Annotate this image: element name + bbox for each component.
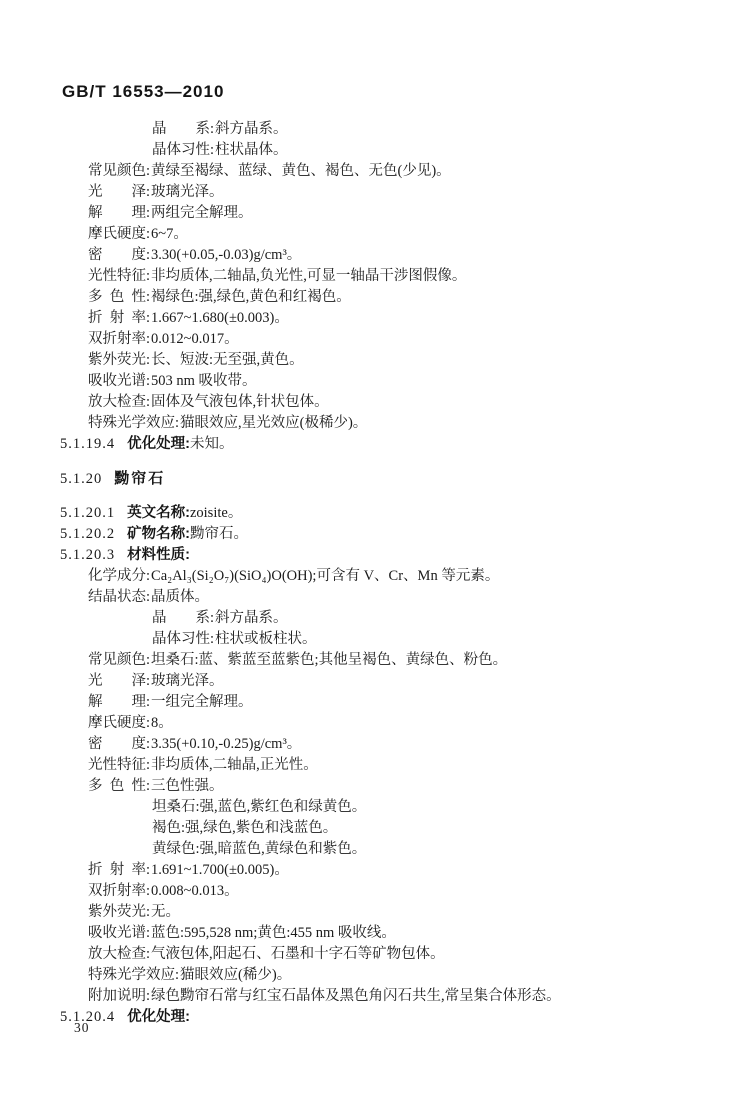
property-label: 光泽 [88, 671, 146, 692]
property-value: 非均质体,二轴晶,负光性,可显一轴晶干涉图假像。 [151, 268, 466, 284]
property-line: 化学成分:Ca₂Al₃(Si₂O₇)(SiO₄)O(OH);可含有 V、Cr、M… [0, 566, 750, 587]
pleochroism-text: 坦桑石:强,蓝色,紫红色和绿黄色。 [152, 799, 366, 815]
property-line: 光性特征:非均质体,二轴晶,负光性,可显一轴晶干涉图假像。 [0, 266, 750, 287]
property-label: 摩氏硬度 [88, 224, 146, 245]
section-title: 矿物名称: [127, 526, 190, 542]
property-line: 摩氏硬度:8。 [0, 713, 750, 734]
property-line: 晶系:斜方晶系。 [0, 119, 750, 140]
property-label: 结晶状态 [88, 587, 146, 608]
pleochroism-text: 褐色:强,绿色,紫色和浅蓝色。 [152, 820, 337, 836]
property-value: 褐绿色:强,绿色,黄色和红褐色。 [151, 289, 351, 305]
document-page: GB/T 16553—2010 晶系:斜方晶系。晶体习性:柱状晶体。常见颜色:黄… [0, 0, 750, 1095]
property-value: 三色性强。 [151, 778, 224, 794]
property-value: 非均质体,二轴晶,正光性。 [151, 757, 318, 773]
property-label: 化学成分 [88, 566, 146, 587]
property-value: 503 nm 吸收带。 [151, 373, 257, 389]
property-value: 柱状晶体。 [215, 142, 288, 158]
property-label: 紫外荧光 [88, 350, 146, 371]
property-line: 解理:两组完全解理。 [0, 203, 750, 224]
property-label: 常见颜色 [88, 161, 146, 182]
property-label: 密度 [88, 245, 146, 266]
property-label: 晶系 [152, 119, 210, 140]
property-label: 附加说明 [88, 986, 146, 1007]
section-title: 优化处理: [127, 436, 190, 452]
property-line: 特殊光学效应:猫眼效应,星光效应(极稀少)。 [0, 413, 750, 434]
property-value: Ca₂Al₃(Si₂O₇)(SiO₄)O(OH);可含有 V、Cr、Mn 等元素… [151, 568, 499, 584]
pleochroism-line: 坦桑石:强,蓝色,紫红色和绿黄色。 [0, 797, 750, 818]
property-label: 解理 [88, 203, 146, 224]
property-line: 摩氏硬度:6~7。 [0, 224, 750, 245]
property-label: 吸收光谱 [88, 371, 146, 392]
pleochroism-text: 黄绿色:强,暗蓝色,黄绿色和紫色。 [152, 841, 366, 857]
property-label: 晶体习性 [152, 629, 210, 650]
property-line: 常见颜色:黄绿至褐绿、蓝绿、黄色、褐色、无色(少见)。 [0, 161, 750, 182]
property-value: 斜方晶系。 [215, 121, 288, 137]
section-value: zoisite。 [190, 505, 242, 521]
section-line: 5.1.20.2矿物名称:黝帘石。 [0, 524, 750, 545]
property-label: 光性特征 [88, 266, 146, 287]
section-line: 5.1.20.1英文名称:zoisite。 [0, 503, 750, 524]
property-value: 柱状或板柱状。 [215, 631, 317, 647]
property-value: 6~7。 [151, 226, 188, 242]
property-value: 3.30(+0.05,-0.03)g/cm³。 [151, 247, 301, 263]
section-value: 未知。 [190, 436, 234, 452]
section-title: 英文名称: [127, 505, 190, 521]
property-value: 黄绿至褐绿、蓝绿、黄色、褐色、无色(少见)。 [151, 163, 451, 179]
property-label: 摩氏硬度 [88, 713, 146, 734]
property-line: 密度:3.30(+0.05,-0.03)g/cm³。 [0, 245, 750, 266]
pleochroism-line: 黄绿色:强,暗蓝色,黄绿色和紫色。 [0, 839, 750, 860]
property-line: 双折射率:0.012~0.017。 [0, 329, 750, 350]
section-line: 5.1.20.3材料性质: [0, 545, 750, 566]
section-number: 5.1.19.4 [60, 436, 115, 452]
section-title: 优化处理: [127, 1009, 190, 1025]
property-line: 晶系:斜方晶系。 [0, 608, 750, 629]
section-value: 黝帘石。 [190, 526, 248, 542]
section-line: 5.1.19.4优化处理:未知。 [0, 434, 750, 455]
property-label: 常见颜色 [88, 650, 146, 671]
property-line: 放大检查:固体及气液包体,针状包体。 [0, 392, 750, 413]
property-value: 晶质体。 [151, 589, 209, 605]
property-line: 紫外荧光:无。 [0, 902, 750, 923]
property-value: 一组完全解理。 [151, 694, 253, 710]
property-line: 光性特征:非均质体,二轴晶,正光性。 [0, 755, 750, 776]
property-label: 光泽 [88, 182, 146, 203]
property-line: 双折射率:0.008~0.013。 [0, 881, 750, 902]
property-value: 无。 [151, 904, 180, 920]
property-label: 解理 [88, 692, 146, 713]
property-value: 斜方晶系。 [215, 610, 288, 626]
section-heading: 5.1.20黝帘石 [0, 468, 750, 490]
property-value: 0.008~0.013。 [151, 883, 239, 899]
property-line: 紫外荧光:长、短波:无至强,黄色。 [0, 350, 750, 371]
property-line: 光泽:玻璃光泽。 [0, 671, 750, 692]
property-value: 猫眼效应(稀少)。 [180, 967, 291, 983]
heading-number: 5.1.20 [60, 471, 102, 487]
property-label: 特殊光学效应 [88, 413, 175, 434]
property-line: 特殊光学效应:猫眼效应(稀少)。 [0, 965, 750, 986]
document-body: 晶系:斜方晶系。晶体习性:柱状晶体。常见颜色:黄绿至褐绿、蓝绿、黄色、褐色、无色… [0, 0, 750, 1028]
property-line: 附加说明:绿色黝帘石常与红宝石晶体及黑色角闪石共生,常呈集合体形态。 [0, 986, 750, 1007]
property-value: 气液包体,阳起石、石墨和十字石等矿物包体。 [151, 946, 445, 962]
section-line: 5.1.20.4优化处理: [0, 1007, 750, 1028]
property-value: 蓝色:595,528 nm;黄色:455 nm 吸收线。 [151, 925, 396, 941]
property-label: 放大检查 [88, 944, 146, 965]
property-line: 放大检查:气液包体,阳起石、石墨和十字石等矿物包体。 [0, 944, 750, 965]
property-line: 折射率:1.691~1.700(±0.005)。 [0, 860, 750, 881]
property-label: 折射率 [88, 308, 146, 329]
property-value: 8。 [151, 715, 173, 731]
property-line: 晶体习性:柱状或板柱状。 [0, 629, 750, 650]
property-line: 吸收光谱:503 nm 吸收带。 [0, 371, 750, 392]
property-value: 1.691~1.700(±0.005)。 [151, 862, 289, 878]
property-label: 光性特征 [88, 755, 146, 776]
property-line: 结晶状态:晶质体。 [0, 587, 750, 608]
property-label: 密度 [88, 734, 146, 755]
property-value: 两组完全解理。 [151, 205, 253, 221]
heading-title: 黝帘石 [114, 470, 165, 487]
property-label: 放大检查 [88, 392, 146, 413]
property-label: 双折射率 [88, 881, 146, 902]
pleochroism-line: 褐色:强,绿色,紫色和浅蓝色。 [0, 818, 750, 839]
property-line: 吸收光谱:蓝色:595,528 nm;黄色:455 nm 吸收线。 [0, 923, 750, 944]
property-line: 光泽:玻璃光泽。 [0, 182, 750, 203]
property-label: 晶体习性 [152, 140, 210, 161]
page-number: 30 [74, 1020, 90, 1036]
property-line: 折射率:1.667~1.680(±0.003)。 [0, 308, 750, 329]
property-value: 固体及气液包体,针状包体。 [151, 394, 329, 410]
property-line: 解理:一组完全解理。 [0, 692, 750, 713]
property-value: 玻璃光泽。 [151, 673, 224, 689]
property-value: 猫眼效应,星光效应(极稀少)。 [180, 415, 367, 431]
property-value: 绿色黝帘石常与红宝石晶体及黑色角闪石共生,常呈集合体形态。 [151, 988, 561, 1004]
section-number: 5.1.20.3 [60, 547, 115, 563]
property-label: 折射率 [88, 860, 146, 881]
property-label: 特殊光学效应 [88, 965, 175, 986]
property-label: 紫外荧光 [88, 902, 146, 923]
property-label: 多色性 [88, 776, 146, 797]
property-value: 长、短波:无至强,黄色。 [151, 352, 304, 368]
property-line: 晶体习性:柱状晶体。 [0, 140, 750, 161]
property-value: 玻璃光泽。 [151, 184, 224, 200]
property-label: 多色性 [88, 287, 146, 308]
property-line: 密度:3.35(+0.10,-0.25)g/cm³。 [0, 734, 750, 755]
property-label: 双折射率 [88, 329, 146, 350]
section-number: 5.1.20.1 [60, 505, 115, 521]
section-number: 5.1.20.2 [60, 526, 115, 542]
property-line: 多色性:褐绿色:强,绿色,黄色和红褐色。 [0, 287, 750, 308]
property-value: 0.012~0.017。 [151, 331, 239, 347]
property-label: 吸收光谱 [88, 923, 146, 944]
property-line: 常见颜色:坦桑石:蓝、紫蓝至蓝紫色;其他呈褐色、黄绿色、粉色。 [0, 650, 750, 671]
property-line: 多色性:三色性强。 [0, 776, 750, 797]
property-value: 3.35(+0.10,-0.25)g/cm³。 [151, 736, 301, 752]
property-label: 晶系 [152, 608, 210, 629]
section-title: 材料性质: [127, 547, 190, 563]
property-value: 1.667~1.680(±0.003)。 [151, 310, 289, 326]
property-value: 坦桑石:蓝、紫蓝至蓝紫色;其他呈褐色、黄绿色、粉色。 [151, 652, 507, 668]
